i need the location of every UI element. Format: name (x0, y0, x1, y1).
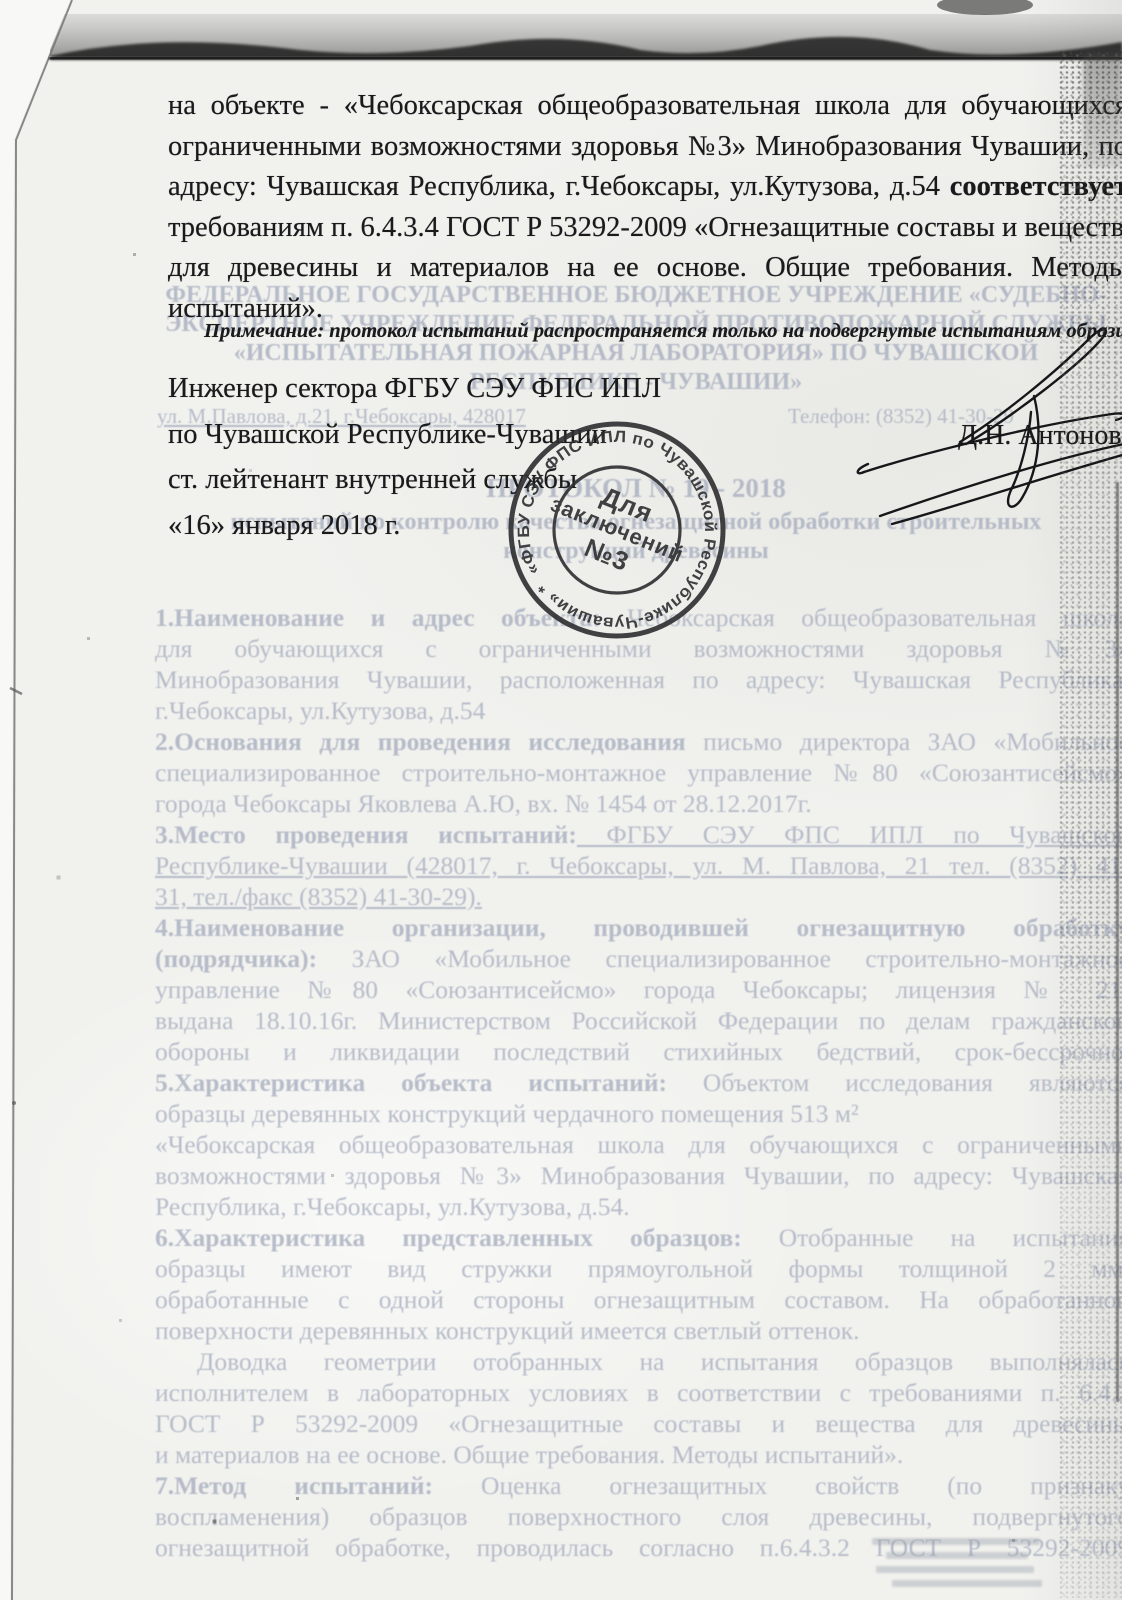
text-line: требованиям п. 6.4.3.4 ГОСТ Р 53292-2009… (168, 208, 1122, 249)
handwritten-signature (850, 320, 1122, 540)
official-stamp: «ФГБУ СЭУ ФПС ИПЛ по Чувашской Республик… (505, 418, 729, 642)
text-line: на объекте - «Чебоксарская общеобразоват… (168, 86, 1122, 127)
scanned-document-page: ФЕДЕРАЛЬНОЕ ГОСУДАРСТВЕННОЕ БЮДЖЕТНОЕ УЧ… (0, 0, 1122, 1600)
text-line: Инженер сектора ФГБУ СЭУ ФПС ИПЛ (168, 366, 661, 412)
main-paragraph: на объекте - «Чебоксарская общеобразоват… (168, 86, 1122, 330)
text-line: адресу: Чувашская Республика, г.Чебоксар… (168, 167, 1122, 208)
text-line: ограниченными возможностями здоровья №3»… (168, 127, 1122, 168)
text-line: для древесины и материалов на ее основе.… (168, 248, 1122, 289)
printed-text-layer: на объекте - «Чебоксарская общеобразоват… (0, 0, 1122, 1600)
